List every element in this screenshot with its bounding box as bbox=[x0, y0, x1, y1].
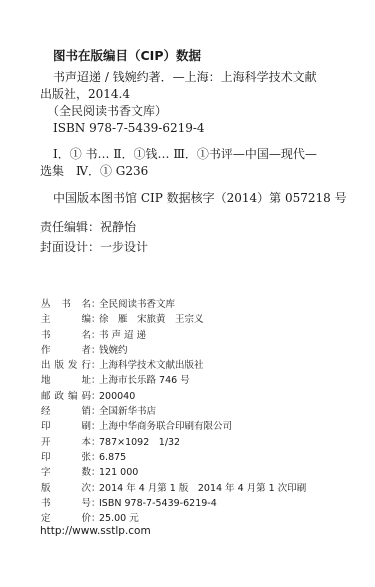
credit-editor: 责任编辑：祝静怡 bbox=[40, 218, 136, 235]
colophon-value: 上海中华商务联合印刷有限公司 bbox=[99, 419, 232, 434]
colophon-key-char: 字 bbox=[41, 465, 51, 480]
colophon-colon: ： bbox=[91, 419, 99, 434]
colophon-key-char: 名 bbox=[81, 297, 91, 312]
colophon-row: 邮政编码：200040 bbox=[41, 389, 306, 404]
colophon-key-char: 出 bbox=[41, 358, 51, 373]
colophon-key: 字数 bbox=[41, 465, 91, 480]
colophon-key-char: 主 bbox=[41, 312, 51, 327]
colophon-key-char: 经 bbox=[41, 404, 51, 419]
colophon-colon: ： bbox=[91, 358, 99, 373]
colophon-value: 787×1092 1/32 bbox=[99, 435, 180, 450]
colophon-colon: ： bbox=[91, 389, 99, 404]
colophon-row: 印张：6.875 bbox=[41, 450, 306, 465]
cip-line: 出版社，2014.4 bbox=[40, 86, 130, 102]
colophon-row: 作者：钱婉约 bbox=[41, 343, 306, 358]
colophon-row: 丛书名：全民阅读书香文库 bbox=[41, 297, 306, 312]
colophon-colon: ： bbox=[91, 343, 99, 358]
colophon-row: 书号：ISBN 978-7-5439-6219-4 bbox=[41, 496, 306, 511]
colophon-value: 徐 雁 宋旅黄 王宗义 bbox=[99, 312, 204, 327]
colophon-key: 出版发行 bbox=[41, 358, 91, 373]
colophon-key-char: 码 bbox=[81, 389, 91, 404]
credit-value: 一步设计 bbox=[100, 240, 148, 254]
colophon-key: 作者 bbox=[41, 343, 91, 358]
colophon-key-char: 发 bbox=[68, 358, 78, 373]
colophon-key-char: 张 bbox=[81, 450, 91, 465]
colophon-key: 书名 bbox=[41, 328, 91, 343]
cip-verification: 中国版本图书馆 CIP 数据核字（2014）第 057218 号 bbox=[53, 190, 347, 206]
colophon-value: 121 000 bbox=[99, 465, 138, 480]
colophon-key: 邮政编码 bbox=[41, 389, 91, 404]
colophon-key-char: 印 bbox=[41, 450, 51, 465]
colophon-row: 开本：787×1092 1/32 bbox=[41, 435, 306, 450]
colophon-value: ISBN 978-7-5439-6219-4 bbox=[99, 496, 217, 511]
colophon-value: 书 声 迢 递 bbox=[99, 328, 146, 343]
credit-cover-design: 封面设计：一步设计 bbox=[40, 238, 148, 255]
colophon-row: 字数：121 000 bbox=[41, 465, 306, 480]
colophon-key-char: 书 bbox=[61, 297, 71, 312]
colophon-row: 出版发行：上海科学技术文献出版社 bbox=[41, 358, 306, 373]
colophon-value: 上海科学技术文献出版社 bbox=[99, 358, 204, 373]
colophon-colon: ： bbox=[91, 450, 99, 465]
colophon-value: 全国新华书店 bbox=[99, 404, 156, 419]
colophon-key: 版次 bbox=[41, 481, 91, 496]
colophon-row: 经销：全国新华书店 bbox=[41, 404, 306, 419]
cip-line: （全民阅读书香文库） bbox=[47, 103, 167, 119]
colophon-key-char: 址 bbox=[81, 373, 91, 388]
colophon-row: 地址：上海市长乐路 746 号 bbox=[41, 373, 306, 388]
credit-value: 祝静怡 bbox=[100, 220, 136, 234]
colophon-key-char: 地 bbox=[41, 373, 51, 388]
colophon-colon: ： bbox=[91, 328, 99, 343]
colophon-value: 6.875 bbox=[99, 450, 126, 465]
colophon-key-char: 行 bbox=[81, 358, 91, 373]
colophon-colon: ： bbox=[91, 312, 99, 327]
colophon-key-char: 书 bbox=[41, 328, 51, 343]
colophon-colon: ： bbox=[91, 481, 99, 496]
colophon-value: 钱婉约 bbox=[99, 343, 128, 358]
website-url: http://www.sstlp.com bbox=[40, 524, 151, 539]
colophon-value: 2014 年 4 月第 1 版 2014 年 4 月第 1 次印刷 bbox=[99, 481, 306, 496]
colophon-row: 版次：2014 年 4 月第 1 版 2014 年 4 月第 1 次印刷 bbox=[41, 481, 306, 496]
colophon-key-char: 者 bbox=[81, 343, 91, 358]
colophon-row: 主编：徐 雁 宋旅黄 王宗义 bbox=[41, 312, 306, 327]
colophon-key-char: 编 bbox=[81, 312, 91, 327]
colophon-colon: ： bbox=[91, 373, 99, 388]
colophon-colon: ： bbox=[91, 404, 99, 419]
colophon-key: 书号 bbox=[41, 496, 91, 511]
colophon-key-char: 名 bbox=[81, 328, 91, 343]
colophon-colon: ： bbox=[91, 496, 99, 511]
cip-line: Ⅰ．① 书… Ⅱ．①钱… Ⅲ．①书评—中国—现代— bbox=[53, 146, 317, 162]
colophon-key-char: 数 bbox=[81, 465, 91, 480]
colophon-colon: ： bbox=[91, 465, 99, 480]
colophon-key-char: 作 bbox=[41, 343, 51, 358]
colophon-key-char: 书 bbox=[41, 496, 51, 511]
colophon-colon: ： bbox=[91, 297, 99, 312]
colophon-key-char: 政 bbox=[54, 389, 64, 404]
colophon-key: 地址 bbox=[41, 373, 91, 388]
cip-line: 书声迢递 / 钱婉约著．—上海：上海科学技术文献 bbox=[53, 69, 317, 85]
colophon-key: 丛书名 bbox=[41, 297, 91, 312]
colophon-key-char: 开 bbox=[41, 435, 51, 450]
colophon-row: 书名：书 声 迢 递 bbox=[41, 328, 306, 343]
colophon-key-char: 本 bbox=[81, 435, 91, 450]
cip-title: 图书在版编目（CIP）数据 bbox=[53, 46, 201, 64]
credit-label: 责任编辑： bbox=[40, 220, 100, 234]
colophon-value: 200040 bbox=[99, 389, 135, 404]
colophon-value: 全民阅读书香文库 bbox=[99, 297, 175, 312]
colophon-key: 经销 bbox=[41, 404, 91, 419]
colophon-value: 上海市长乐路 746 号 bbox=[99, 373, 190, 388]
colophon-key-char: 版 bbox=[54, 358, 64, 373]
colophon-key: 印刷 bbox=[41, 419, 91, 434]
colophon-key: 主编 bbox=[41, 312, 91, 327]
colophon-key-char: 版 bbox=[41, 481, 51, 496]
cip-isbn: ISBN 978-7-5439-6219-4 bbox=[53, 120, 205, 136]
colophon-key-char: 印 bbox=[41, 419, 51, 434]
colophon-key: 印张 bbox=[41, 450, 91, 465]
colophon-key-char: 号 bbox=[81, 496, 91, 511]
credit-label: 封面设计： bbox=[40, 240, 100, 254]
colophon-key-char: 销 bbox=[81, 404, 91, 419]
colophon-table: 丛书名：全民阅读书香文库主编：徐 雁 宋旅黄 王宗义书名：书 声 迢 递作者：钱… bbox=[41, 297, 306, 526]
cip-line: 选集 Ⅳ．① G236 bbox=[40, 163, 148, 179]
colophon-key-char: 编 bbox=[68, 389, 78, 404]
colophon-row: 印刷：上海中华商务联合印刷有限公司 bbox=[41, 419, 306, 434]
colophon-colon: ： bbox=[91, 435, 99, 450]
colophon-key: 开本 bbox=[41, 435, 91, 450]
colophon-key-char: 丛 bbox=[41, 297, 51, 312]
colophon-key-char: 刷 bbox=[81, 419, 91, 434]
colophon-key-char: 次 bbox=[81, 481, 91, 496]
colophon-key-char: 邮 bbox=[41, 389, 51, 404]
